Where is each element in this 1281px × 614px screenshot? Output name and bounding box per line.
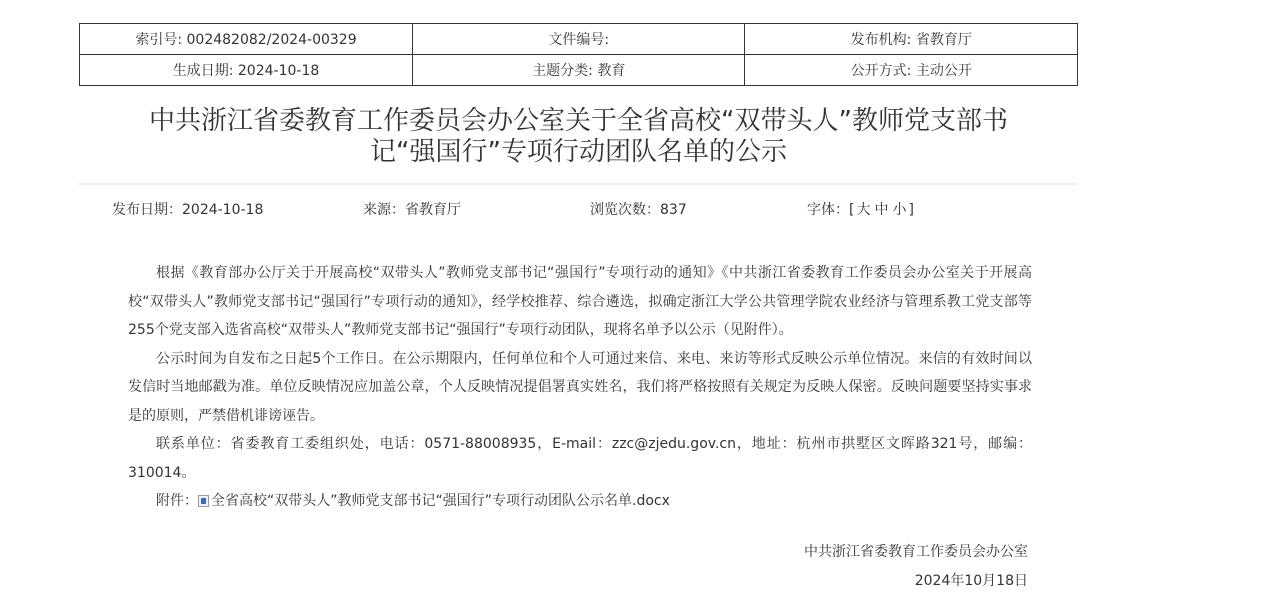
paragraph-contact: 联系单位：省委教育工委组织处，电话：0571-88008935，E-mail：z… bbox=[128, 430, 1032, 487]
attachment-link[interactable]: 全省高校“双带头人”教师党支部书记“强国行”专项行动团队公示名单.docx bbox=[211, 493, 670, 509]
attachment-label: 附件： bbox=[156, 493, 198, 509]
subject-category: 主题分类: 教育 bbox=[413, 55, 745, 86]
meta-row: 生成日期: 2024-10-18 主题分类: 教育 公开方式: 主动公开 bbox=[80, 55, 1078, 86]
font-medium-link[interactable]: 中 bbox=[874, 202, 888, 218]
paragraph-period: 公示时间为自发布之日起5个工作日。在公示期限内，任何单位和个人可通过来信、来电、… bbox=[128, 345, 1032, 431]
article-title: 中共浙江省委教育工作委员会办公室关于全省高校“双带头人”教师党支部书 记“强国行… bbox=[79, 106, 1078, 168]
font-large-link[interactable]: 大 bbox=[856, 202, 870, 218]
article-body: 根据《教育部办公厅关于开展高校“双带头人”教师党支部书记“强国行”专项行动的通知… bbox=[128, 259, 1032, 516]
issuing-agency: 发布机构: 省教育厅 bbox=[745, 24, 1078, 55]
view-count: 浏览次数：837 bbox=[590, 199, 687, 219]
signature-organization: 中共浙江省委教育工作委员会办公室 bbox=[804, 538, 1028, 567]
index-number: 索引号: 002482082/2024-00329 bbox=[80, 24, 413, 55]
attachment-line: 附件：全省高校“双带头人”教师党支部书记“强国行”专项行动团队公示名单.docx bbox=[128, 487, 1032, 516]
font-small-link[interactable]: 小 bbox=[892, 202, 906, 218]
generated-date: 生成日期: 2024-10-18 bbox=[80, 55, 413, 86]
disclosure-method: 公开方式: 主动公开 bbox=[745, 55, 1078, 86]
meta-row: 索引号: 002482082/2024-00329 文件编号: 发布机构: 省教… bbox=[80, 24, 1078, 55]
paragraph-basis: 根据《教育部办公厅关于开展高校“双带头人”教师党支部书记“强国行”专项行动的通知… bbox=[128, 259, 1032, 345]
font-size-bracket: ] bbox=[908, 202, 913, 218]
font-size-label: 字体：[ bbox=[807, 202, 854, 218]
signature-date: 2024年10月18日 bbox=[804, 567, 1028, 596]
title-line-2: 记“强国行”专项行动团队名单的公示 bbox=[129, 137, 1029, 168]
word-doc-icon bbox=[198, 495, 209, 507]
title-line-1: 中共浙江省委教育工作委员会办公室关于全省高校“双带头人”教师党支部书 bbox=[129, 106, 1029, 137]
article-info-bar: 发布日期：2024-10-18 来源：省教育厅 浏览次数：837 字体：[大中小… bbox=[0, 199, 1100, 219]
document-number: 文件编号: bbox=[413, 24, 745, 55]
document-meta-table: 索引号: 002482082/2024-00329 文件编号: 发布机构: 省教… bbox=[79, 23, 1078, 86]
publish-date: 发布日期：2024-10-18 bbox=[112, 199, 263, 219]
signature-block: 中共浙江省委教育工作委员会办公室 2024年10月18日 bbox=[804, 538, 1028, 595]
title-divider bbox=[79, 183, 1078, 185]
font-size-control: 字体：[大中小] bbox=[807, 199, 914, 219]
source: 来源：省教育厅 bbox=[363, 199, 461, 219]
